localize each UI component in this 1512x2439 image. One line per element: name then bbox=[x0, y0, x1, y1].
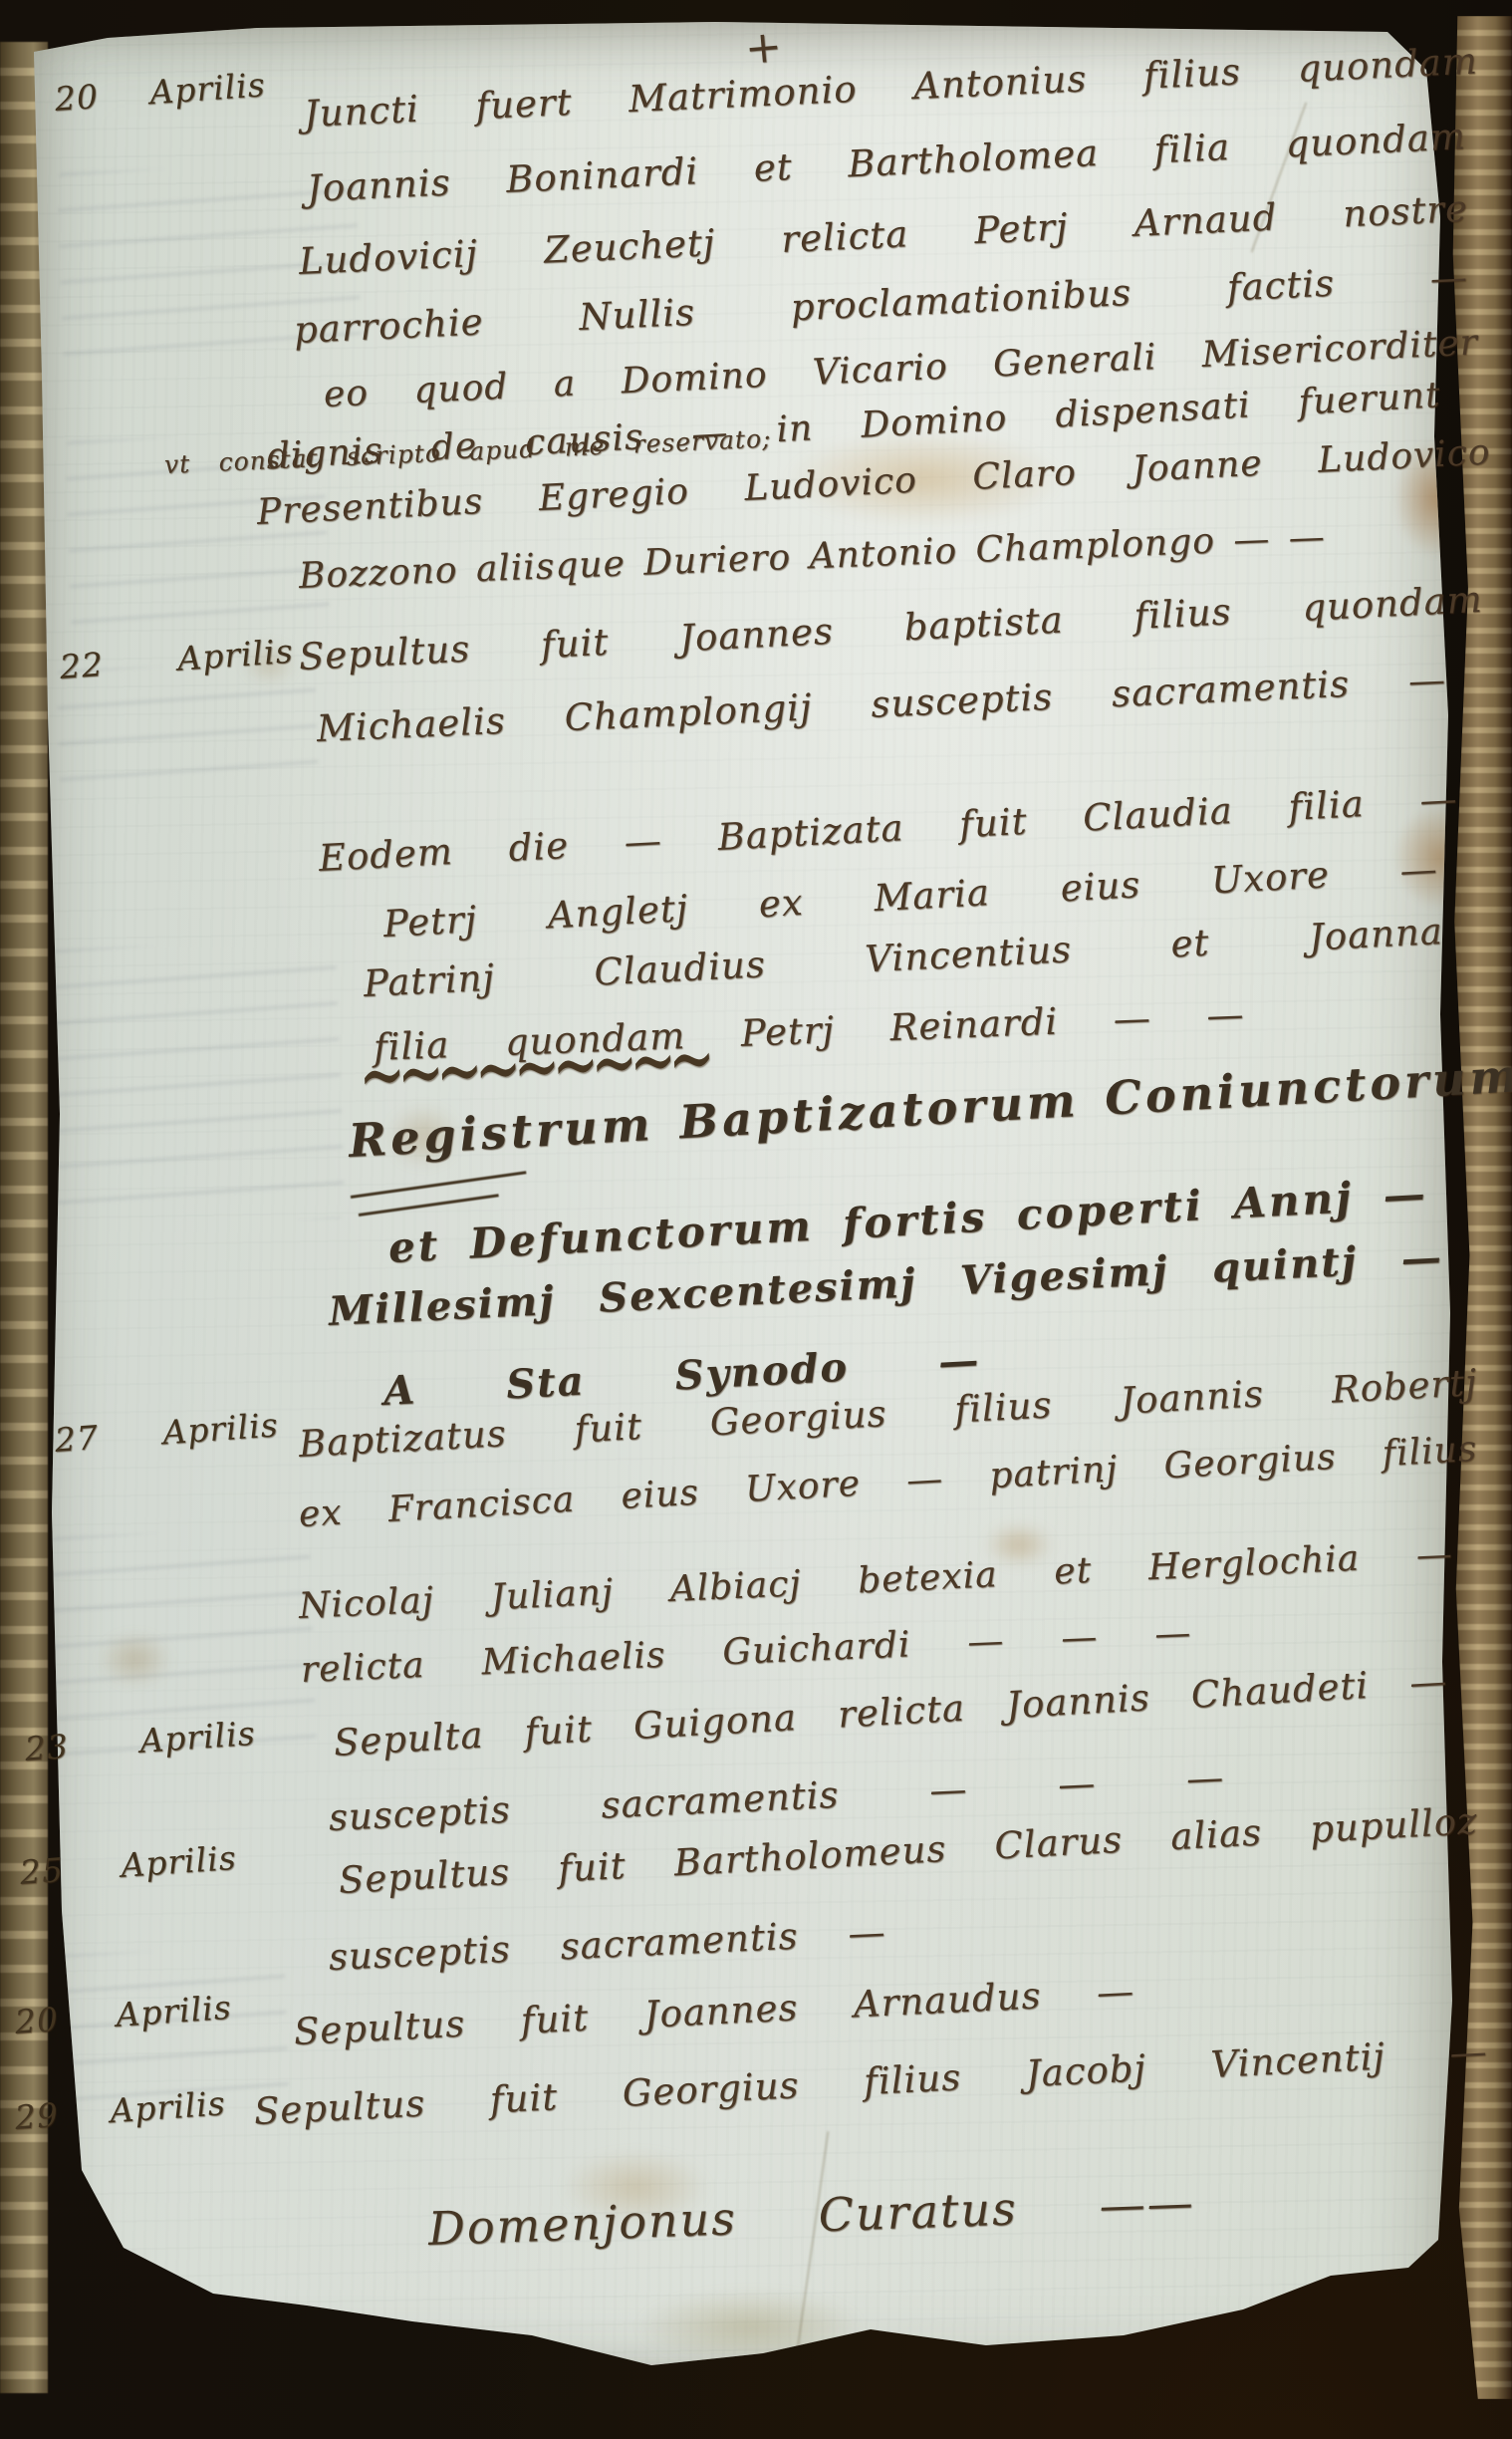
ink-showthrough bbox=[47, 940, 346, 1228]
manuscript-photo: + 20 Aprilis Juncti fuert Matrimonio Ant… bbox=[0, 0, 1512, 2439]
cross-mark: + bbox=[743, 21, 785, 75]
stain bbox=[635, 2290, 865, 2364]
stain bbox=[98, 1632, 172, 1687]
